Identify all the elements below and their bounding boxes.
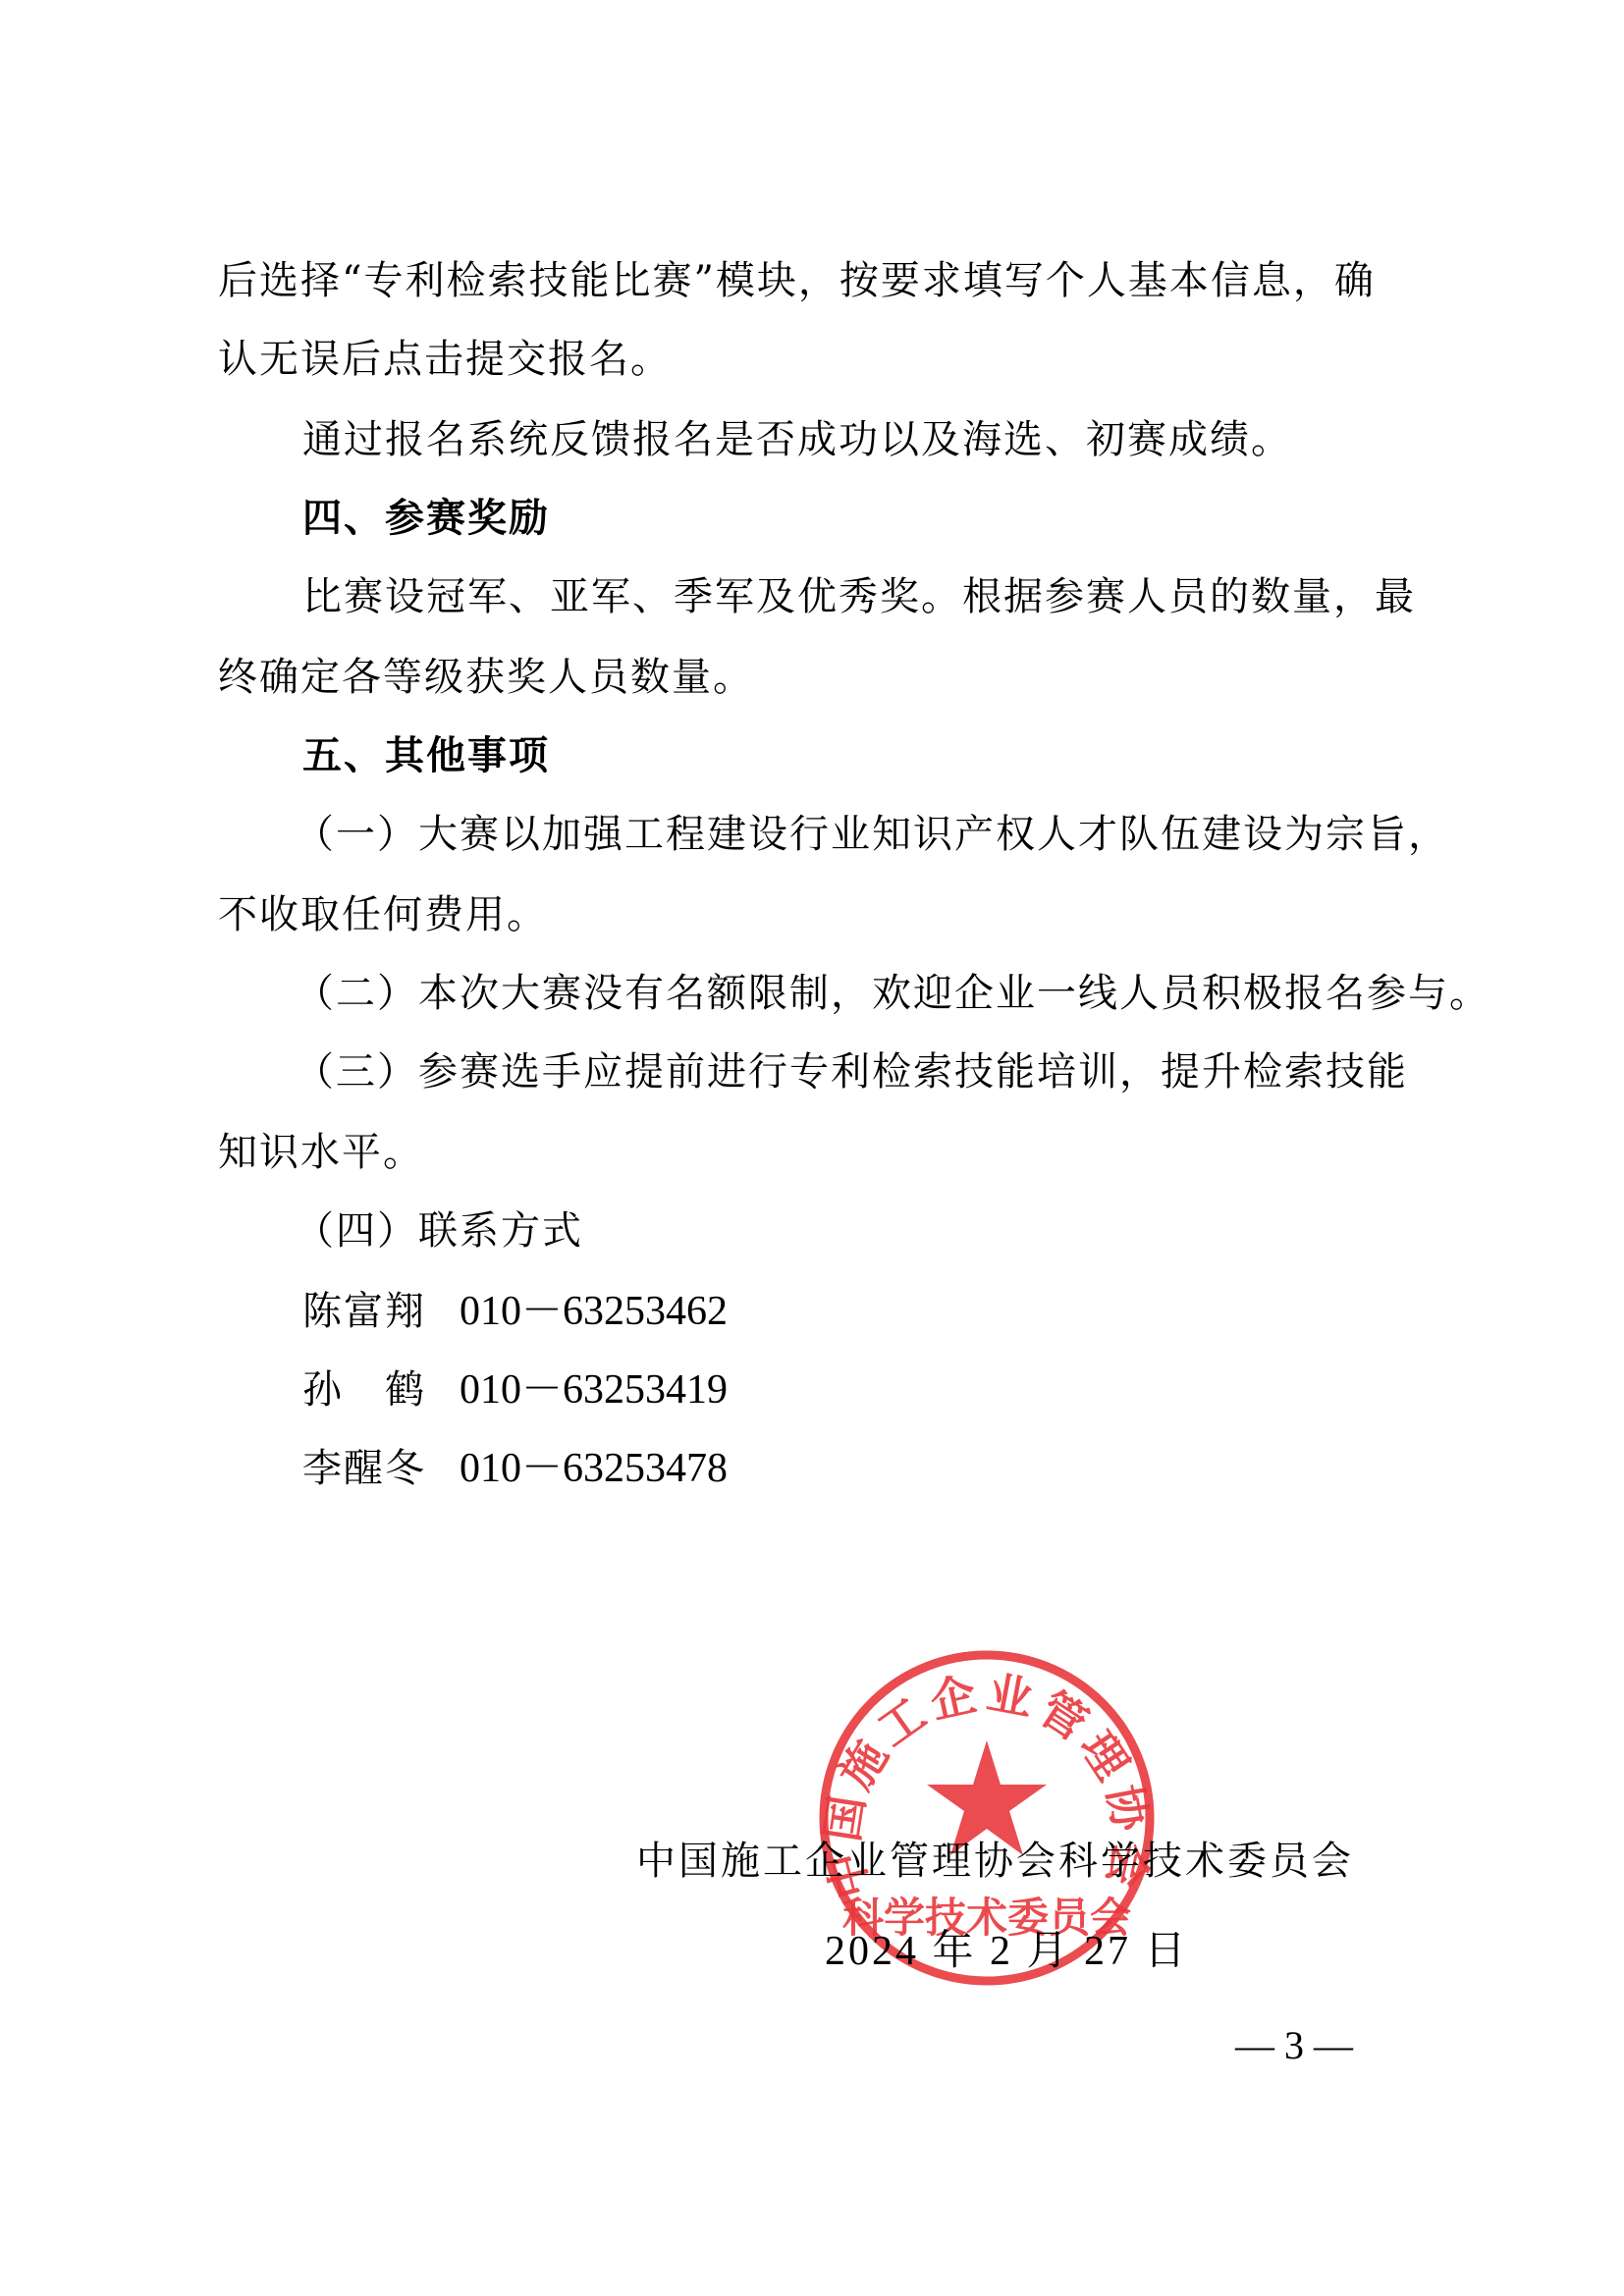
contact-row: 孙 鹤010－63253419 [302,1366,728,1414]
contact-name: 李醒冬 [302,1445,460,1492]
contact-row: 李醒冬010－63253478 [302,1445,728,1492]
contact-phone: 010－63253478 [460,1446,728,1491]
paragraph-line: 知识水平。 [218,1129,424,1176]
section-heading: 四、参赛奖励 [302,495,550,542]
list-item: （一）大赛以加强工程建设行业知识产权人才队伍建设为宗旨， [295,811,1449,858]
signature-organization: 中国施工企业管理协会科学技术委员会 [636,1838,1354,1885]
section-heading: 五、其他事项 [302,732,550,779]
list-item: （四）联系方式 [295,1207,583,1255]
page-number: — 3 — [1235,2022,1353,2068]
paragraph-line: 终确定各等级获奖人员数量。 [218,654,754,701]
paragraph-line: 不收取任何费用。 [218,891,548,938]
list-item: （二）本次大赛没有名额限制，欢迎企业一线人员积极报名参与。 [295,970,1490,1017]
paragraph: 通过报名系统反馈报名是否成功以及海选、初赛成绩。 [302,416,1292,463]
contact-name: 陈富翔 [302,1288,460,1335]
contact-phone: 010－63253462 [460,1289,728,1334]
contact-row: 陈富翔010－63253462 [302,1288,728,1335]
paragraph-line: 后选择“专利检索技能比赛”模块，按要求填写个人基本信息，确 [218,257,1376,304]
paragraph-line: 比赛设冠军、亚军、季军及优秀奖。根据参赛人员的数量，最 [302,573,1416,620]
contact-name: 孙 鹤 [302,1366,460,1414]
signature-date: 2024 年 2 月 27 日 [825,1928,1189,1975]
list-item: （三）参赛选手应提前进行专利检索技能培训，提升检索技能 [295,1048,1408,1095]
contact-phone: 010－63253419 [460,1367,728,1413]
paragraph-line: 认无误后点击提交报名。 [218,336,672,383]
